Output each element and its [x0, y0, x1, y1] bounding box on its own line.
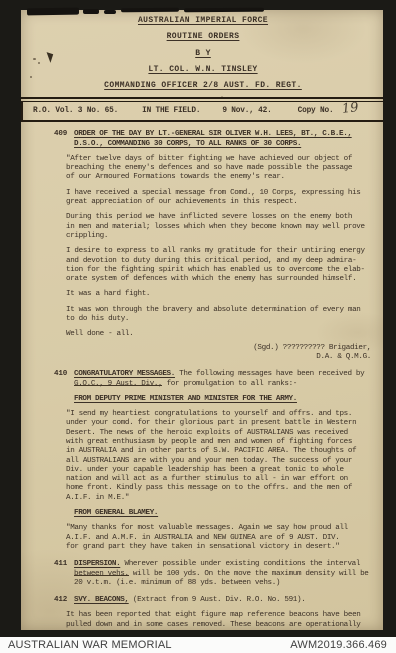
- message-source-heading: FROM DEPUTY PRIME MINISTER AND MINISTER …: [74, 395, 297, 403]
- byline-label: B Y: [195, 49, 211, 58]
- signature-block: (Sgd.) ?????????? Brigadier,D.A. & Q.M.G…: [66, 344, 371, 363]
- ink-speck: [33, 58, 36, 60]
- torn-edge-mark: [83, 9, 99, 14]
- message-source-heading: FROM GENERAL BLAMEY.: [74, 509, 158, 517]
- paragraph: I have received a special message from C…: [66, 189, 373, 208]
- section-heading: SVY. BEACONS,: [74, 596, 129, 604]
- signature-line: (Sgd.) ?????????? Brigadier,: [253, 344, 371, 352]
- torn-edge-mark: [27, 8, 79, 16]
- archive-accession-number: AWM2019.366.469: [290, 639, 387, 651]
- author-name: LT. COL. W.N. TINSLEY: [148, 65, 257, 74]
- copy-number-handwritten: 19: [342, 105, 359, 113]
- torn-edge-mark: [184, 8, 264, 13]
- ro-number: R.O. Vol. 3 No. 65.: [33, 107, 118, 116]
- torn-edge-mark: [121, 8, 179, 13]
- ink-blot: [44, 52, 53, 63]
- section-heading: ORDER OF THE DAY BY LT.-GENERAL SIR OLIV…: [74, 130, 352, 147]
- copy-label: Copy No.: [298, 107, 334, 116]
- document-title: AUSTRALIAN IMPERIAL FORCE: [138, 16, 268, 25]
- section-number: 412: [54, 596, 67, 605]
- paragraph: Well done - all.: [66, 330, 373, 339]
- paragraph: It was won through the bravery and absol…: [66, 306, 373, 325]
- document-subtitle: ROUTINE ORDERS: [167, 32, 240, 41]
- paragraph: I desire to express to all ranks my grat…: [66, 247, 373, 284]
- section-412: 412 SVY. BEACONS, (Extract from 9 Aust. …: [33, 596, 373, 630]
- paragraph: "After twelve days of bitter fighting we…: [66, 155, 373, 183]
- date: 9 Nov., 42.: [222, 107, 271, 116]
- section-number: 409: [54, 130, 67, 139]
- section-heading: DISPERSION.: [74, 560, 120, 568]
- unit-reference: G.O.C., 9 Aust. Div.,: [74, 380, 162, 388]
- message-text: "Many thanks for most valuable messages.…: [66, 524, 373, 552]
- section-411: 411 DISPERSION. Wherever possible under …: [33, 560, 373, 588]
- author-title: COMMANDING OFFICER 2/8 AUST. FD. REGT.: [104, 81, 302, 90]
- section-body: between vehs.: [74, 570, 129, 578]
- paragraph: It was a hard fight.: [66, 290, 373, 299]
- horizontal-rule: [21, 97, 383, 99]
- section-intro: for promulgation to all ranks:-: [162, 380, 297, 388]
- signature-title: D.A. & Q.M.G.: [316, 353, 371, 361]
- section-number: 411: [54, 560, 67, 569]
- message-text: "I send my heartiest congratulations to …: [66, 410, 373, 503]
- section-number: 410: [54, 370, 67, 379]
- section-intro: The following messages have been receive…: [175, 370, 364, 378]
- paragraph: During this period we have inflicted sev…: [66, 213, 373, 241]
- document-page: AUSTRALIAN IMPERIAL FORCE ROUTINE ORDERS…: [21, 10, 383, 630]
- section-410: 410 CONGRATULATORY MESSAGES. The followi…: [33, 370, 373, 552]
- section-heading: CONGRATULATORY MESSAGES.: [74, 370, 175, 378]
- archive-name: AUSTRALIAN WAR MEMORIAL: [8, 639, 172, 651]
- scanned-document: AUSTRALIAN IMPERIAL FORCE ROUTINE ORDERS…: [0, 0, 396, 653]
- torn-edge-mark: [104, 10, 116, 14]
- location: IN THE FIELD.: [142, 107, 200, 116]
- ink-speck: [221, 96, 223, 98]
- ink-speck: [38, 62, 40, 64]
- paragraph: It has been reported that eight figure m…: [66, 611, 373, 630]
- section-409: 409 ORDER OF THE DAY BY LT.-GENERAL SIR …: [33, 130, 373, 362]
- ink-speck: [30, 76, 32, 78]
- section-body: Wherever possible under existing conditi…: [120, 560, 360, 568]
- heading-extract-note: (Extract from 9 Aust. Div. R.O. No. 591)…: [129, 596, 306, 604]
- archive-caption-bar: AUSTRALIAN WAR MEMORIAL AWM2019.366.469: [0, 637, 396, 653]
- meta-row: R.O. Vol. 3 No. 65.IN THE FIELD.9 Nov., …: [21, 101, 383, 122]
